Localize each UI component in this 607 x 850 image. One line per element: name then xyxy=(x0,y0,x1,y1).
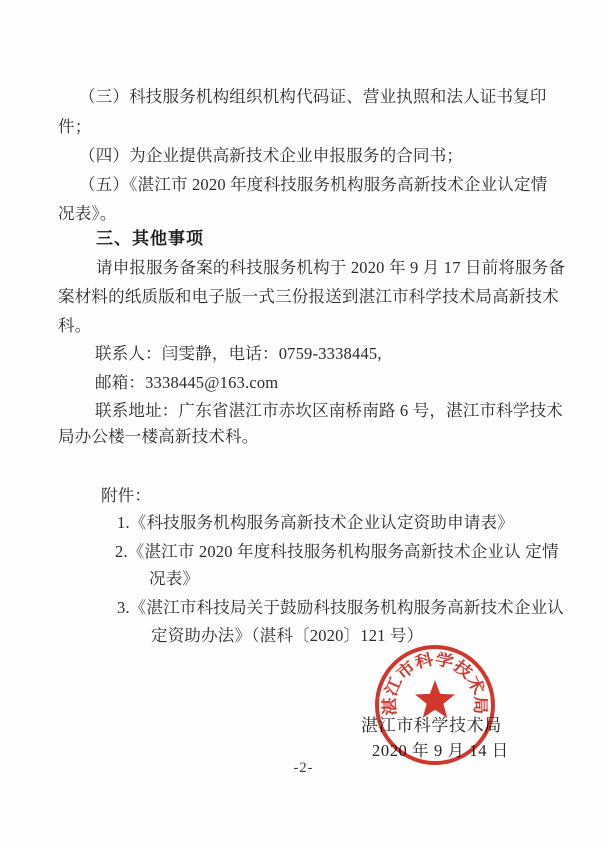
attachment-item-3-line-1: 3.《湛江市科技局关于鼓励科技服务机构服务高新技术企业认 xyxy=(117,598,564,618)
attachment-item-1: 1.《科技服务机构服务高新技术企业认定资助申请表》 xyxy=(117,513,514,533)
para-5-line-2: 况表》。 xyxy=(58,204,117,224)
contact-address-line-2: 局办公楼一楼高新技术科。 xyxy=(58,427,258,447)
para-3-line-1: （三）科技服务机构组织机构代码证、营业执照和法人证书复印 xyxy=(79,87,547,107)
para-5-line-1: （五）《湛江市 2020 年度科技服务机构服务高新技术企业认定情 xyxy=(79,175,547,195)
other-matters-line-3: 科。 xyxy=(58,316,91,336)
other-matters-line-2: 案材料的纸质版和电子版一式三份报送到湛江市科学技术局高新技术 xyxy=(58,287,559,307)
document-page: （三）科技服务机构组织机构代码证、营业执照和法人证书复印 件； （四）为企业提供… xyxy=(0,0,607,850)
section-heading-other-matters: 三、其他事项 xyxy=(96,229,204,249)
attachment-item-2-line-2: 况表》 xyxy=(149,569,199,589)
seal-star-icon xyxy=(415,680,455,718)
contact-email-line: 邮箱：3338445@163.com xyxy=(95,373,278,393)
attachments-label: 附件： xyxy=(101,486,151,506)
attachment-item-2-line-1: 2.《湛江市 2020 年度科技服务机构服务高新技术企业认 定情 xyxy=(115,542,559,562)
official-seal: 湛江市科学技术局 xyxy=(371,643,499,771)
para-4-line-1: （四）为企业提供高新技术企业申报服务的合同书； xyxy=(79,146,463,166)
para-3-line-2: 件； xyxy=(58,117,91,137)
other-matters-line-1: 请申报服务备案的科技服务机构于 2020 年 9 月 17 日前将服务备 xyxy=(96,258,565,278)
page-number: -2- xyxy=(0,760,607,777)
contact-person-line: 联系人：闫雯静，电话：0759-3338445, xyxy=(95,344,382,364)
contact-address-line-1: 联系地址：广东省湛江市赤坎区南桥南路 6 号，湛江市科学技术 xyxy=(95,401,563,421)
